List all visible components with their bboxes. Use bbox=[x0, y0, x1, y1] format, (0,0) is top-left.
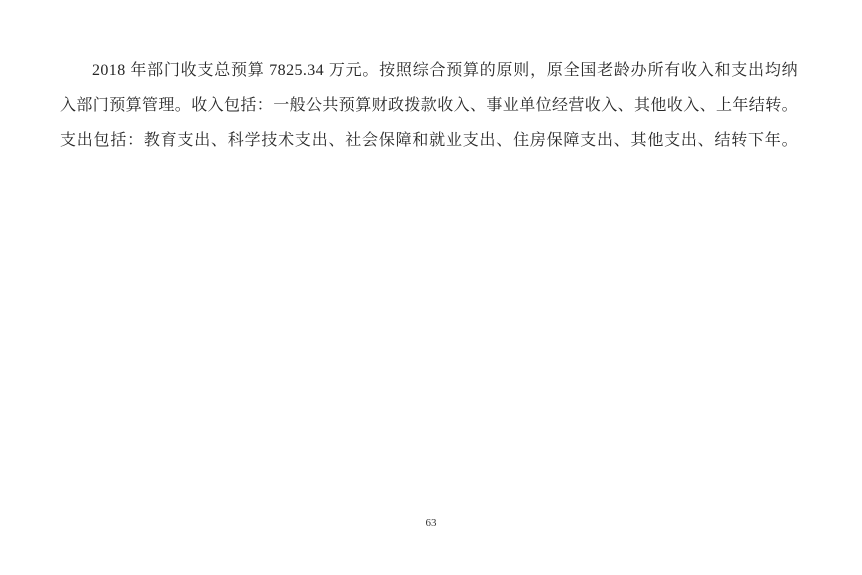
paragraph-line-1: 2018 年部门收支总预算 7825.34 万元。按照综合预算的原则，原全国老龄… bbox=[60, 53, 798, 88]
budget-paragraph: 2018 年部门收支总预算 7825.34 万元。按照综合预算的原则，原全国老龄… bbox=[60, 53, 798, 158]
document-page: 2018 年部门收支总预算 7825.34 万元。按照综合预算的原则，原全国老龄… bbox=[0, 0, 862, 575]
paragraph-line-3: 支出包括：教育支出、科学技术支出、社会保障和就业支出、住房保障支出、其他支出、结… bbox=[60, 123, 798, 158]
paragraph-line-2: 入部门预算管理。收入包括：一般公共预算财政拨款收入、事业单位经营收入、其他收入、… bbox=[60, 88, 798, 123]
page-number: 63 bbox=[0, 517, 862, 529]
